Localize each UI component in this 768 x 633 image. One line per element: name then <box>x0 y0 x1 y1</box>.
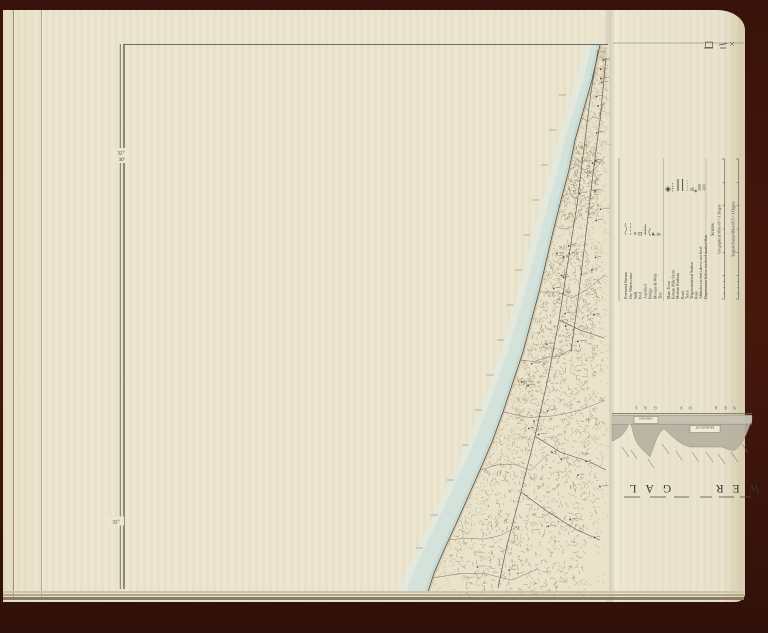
legend-row-label: Altitudes (in feet) above sea level <box>699 247 703 299</box>
legend-row: Modern Railway <box>676 179 680 299</box>
section-label-jordan: JORDAN <box>634 417 658 424</box>
legend-row-label: Tree <box>658 292 662 299</box>
legend-row-label: Trigonometrical Station <box>690 262 694 299</box>
book-cover-top <box>0 0 768 11</box>
legend-row: Altitudes (in feet) above sea level2900 <box>698 184 703 299</box>
legend-row: Road <box>681 179 685 299</box>
legend-row: Ruin <box>695 190 699 299</box>
page-bottom-edge <box>3 591 744 593</box>
page-bottom-edge <box>3 597 744 600</box>
svg-text:-600: -600 <box>703 184 707 191</box>
scale-bar-label: English Statute Miles 69.5 = 1 Degree <box>732 201 736 256</box>
legend-row: Pool <box>639 232 643 299</box>
legend-row-label: Dry Watercourse <box>629 272 633 299</box>
scale-bar-label: Geographical Miles 60 = 1 Degree <box>718 204 722 254</box>
svg-text:JORDAN: JORDAN <box>639 417 653 421</box>
legend-row-label: Road <box>681 291 685 299</box>
map-legend: Perennial StreamDry WatercourseWellPoolA… <box>619 158 708 301</box>
legend-row-label: Well <box>634 292 638 299</box>
svg-text:2900: 2900 <box>698 184 702 191</box>
legend-row: Perennial Stream <box>624 223 628 299</box>
legend-row: Track <box>685 179 689 299</box>
legend-row-label: Mosque & Wely <box>653 273 657 299</box>
legend-row: Dry Watercourse <box>629 223 633 299</box>
legend-row: Mosque & Wely <box>652 232 657 299</box>
legend-row-label: Roman Mile Stone <box>672 269 676 299</box>
section-label-esdraelon: ESDRAELON <box>690 426 720 433</box>
atlas-scan: 32° 30' 32° Perennial StreamDry Watercou… <box>0 0 768 633</box>
svg-text:ESDRAELON: ESDRAELON <box>695 426 714 430</box>
legend-row-label: Main Town <box>667 281 671 299</box>
map-scales: Scales.Geographical Miles 60 = 1 DegreeE… <box>711 159 739 299</box>
lat-top-deg: 32° <box>117 150 125 157</box>
scale-bar <box>736 159 739 299</box>
legend-row: Trigonometrical Station <box>690 188 694 299</box>
svg-text:WER GAL: WER GAL <box>620 482 759 494</box>
lat-top-min: 30' <box>118 157 124 163</box>
sheet-title-fragment: WER GAL <box>620 482 759 497</box>
map-neatlines <box>120 43 744 589</box>
legend-row: Depressions below sea level marked thus-… <box>703 184 708 299</box>
legend-row-label: Aqueduct <box>644 283 648 299</box>
legend-row-label: Pool <box>639 292 643 299</box>
page-bottom-edge <box>3 594 744 596</box>
legend-row-label: Perennial Stream <box>624 272 628 299</box>
legend-row-label: Ruin <box>695 291 699 299</box>
scale-bar <box>722 159 725 299</box>
legend-row-label: Bridge <box>649 288 653 299</box>
section-sea-label: SEA OF GAL <box>628 406 735 411</box>
legend-row: Roman Mile Stone <box>672 183 676 299</box>
legend-row: Well <box>634 232 638 299</box>
legend-row: Bridge <box>649 228 653 299</box>
legend-row: Tree <box>657 233 662 299</box>
legend-row-label: Track <box>685 290 689 299</box>
latitude-label-32: 32° <box>108 517 124 526</box>
legend-row-label: Modern Railway <box>676 273 680 299</box>
legend-row: Main Town <box>666 187 671 299</box>
latitude-label-32-30: 32° 30' <box>113 148 130 163</box>
section-profile: SEA OF GAL JORDAN ESDRAELON <box>612 406 752 469</box>
legend-row: Aqueduct <box>644 224 648 299</box>
legend-row-label: Depressions below sea level marked thus <box>704 234 708 299</box>
map-plate: 32° 30' 32° Perennial StreamDry Watercou… <box>0 0 768 633</box>
lat-bottom-deg: 32° <box>112 519 120 526</box>
scales-heading: Scales. <box>711 222 716 236</box>
